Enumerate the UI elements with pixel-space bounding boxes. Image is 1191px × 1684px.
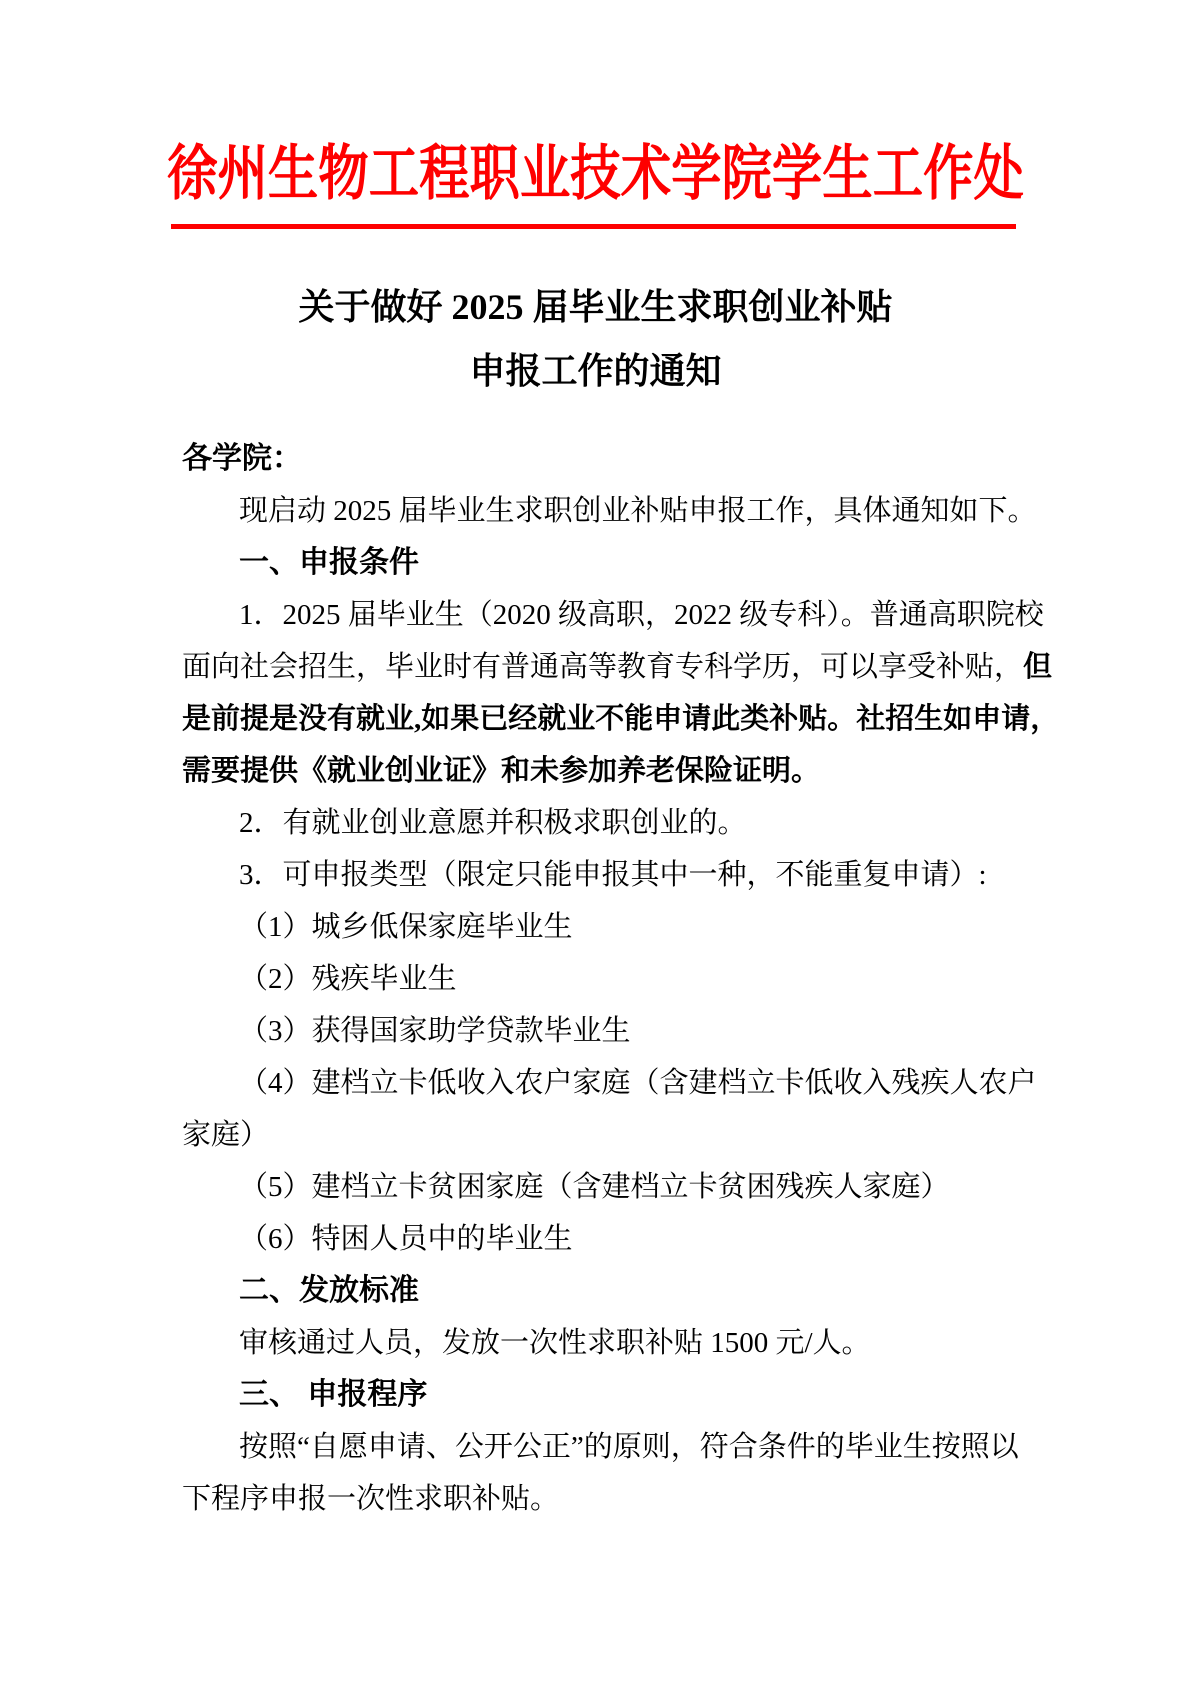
body-line: 三、 申报程序 (182, 1369, 1012, 1421)
body-text: 面向社会招生，毕业时有普通高等教育专科学历，可以享受补贴， (182, 651, 1023, 683)
body-line: 各学院： (182, 433, 1012, 485)
body-line: 是前提是没有就业,如果已经就业不能申请此类补贴。社招生如申请， (182, 693, 1012, 745)
body-text: （4）建档立卡低收入农户家庭（含建档立卡低收入残疾人农户 (239, 1067, 1037, 1099)
document-page: 徐州生物工程职业技术学院学生工作处 关于做好 2025 届毕业生求职创业补贴 申… (0, 0, 1191, 1684)
body-text: 2．有就业创业意愿并积极求职创业的。 (239, 807, 747, 839)
body-line: 按照“自愿申请、公开公正”的原则，符合条件的毕业生按照以 (182, 1421, 1012, 1473)
body-line: 现启动 2025 届毕业生求职创业补贴申报工作，具体通知如下。 (182, 485, 1012, 537)
body-line: 家庭） (182, 1109, 1012, 1161)
body-line: （2）残疾毕业生 (182, 953, 1012, 1005)
section-heading-text: 二、发放标准 (239, 1274, 419, 1307)
body-line: （4）建档立卡低收入农户家庭（含建档立卡低收入残疾人农户 (182, 1057, 1012, 1109)
body-line: 2．有就业创业意愿并积极求职创业的。 (182, 797, 1012, 849)
body-line: 一、申报条件 (182, 537, 1012, 589)
emphasized-body-text: 是前提是没有就业,如果已经就业不能申请此类补贴。社招生如申请， (182, 703, 1059, 735)
body-text: （6）特困人员中的毕业生 (239, 1223, 573, 1255)
document-title: 关于做好 2025 届毕业生求职创业补贴 申报工作的通知 (0, 275, 1191, 403)
body-line: （6）特困人员中的毕业生 (182, 1213, 1012, 1265)
body-line: 下程序申报一次性求职补贴。 (182, 1473, 1012, 1525)
body-text: 1．2025 届毕业生（2020 级高职，2022 级专科）。普通高职院校 (239, 599, 1044, 631)
body-text: （1）城乡低保家庭毕业生 (239, 911, 573, 943)
body-text: 审核通过人员，发放一次性求职补贴 1500 元/人。 (239, 1327, 871, 1359)
body-text: 下程序申报一次性求职补贴。 (182, 1483, 559, 1515)
emphasized-body-text: 需要提供《就业创业证》和未参加养老保险证明。 (182, 755, 820, 787)
body-text: 按照“自愿申请、公开公正”的原则，符合条件的毕业生按照以 (239, 1431, 1019, 1463)
body-text: 现启动 2025 届毕业生求职创业补贴申报工作，具体通知如下。 (239, 495, 1037, 527)
document-body: 各学院：现启动 2025 届毕业生求职创业补贴申报工作，具体通知如下。一、申报条… (182, 433, 1012, 1525)
body-line: 需要提供《就业创业证》和未参加养老保险证明。 (182, 745, 1012, 797)
body-line: 审核通过人员，发放一次性求职补贴 1500 元/人。 (182, 1317, 1012, 1369)
body-text: （5）建档立卡贫困家庭（含建档立卡贫困残疾人家庭） (239, 1171, 950, 1203)
body-line: 1．2025 届毕业生（2020 级高职，2022 级专科）。普通高职院校 (182, 589, 1012, 641)
section-heading-text: 三、 申报程序 (239, 1378, 427, 1411)
section-heading-text: 各学院： (182, 442, 302, 475)
document-title-line-1: 关于做好 2025 届毕业生求职创业补贴 (0, 275, 1191, 339)
body-line: （5）建档立卡贫困家庭（含建档立卡贫困残疾人家庭） (182, 1161, 1012, 1213)
body-line: 二、发放标准 (182, 1265, 1012, 1317)
body-line: （1）城乡低保家庭毕业生 (182, 901, 1012, 953)
letterhead-divider-rule (171, 224, 1016, 229)
body-line: （3）获得国家助学贷款毕业生 (182, 1005, 1012, 1057)
section-heading-text: 一、申报条件 (239, 546, 419, 579)
body-text: 3．可申报类型（限定只能申报其中一种，不能重复申请）: (239, 859, 987, 891)
body-text: （3）获得国家助学贷款毕业生 (239, 1015, 631, 1047)
body-text: 家庭） (182, 1119, 269, 1151)
letterhead-org-title: 徐州生物工程职业技术学院学生工作处 (95, 138, 1095, 210)
body-line: 面向社会招生，毕业时有普通高等教育专科学历，可以享受补贴，但 (182, 641, 1012, 693)
body-text: （2）残疾毕业生 (239, 963, 457, 995)
body-line: 3．可申报类型（限定只能申报其中一种，不能重复申请）: (182, 849, 1012, 901)
document-title-line-2: 申报工作的通知 (0, 339, 1191, 403)
emphasized-body-text: 但 (1023, 651, 1052, 683)
